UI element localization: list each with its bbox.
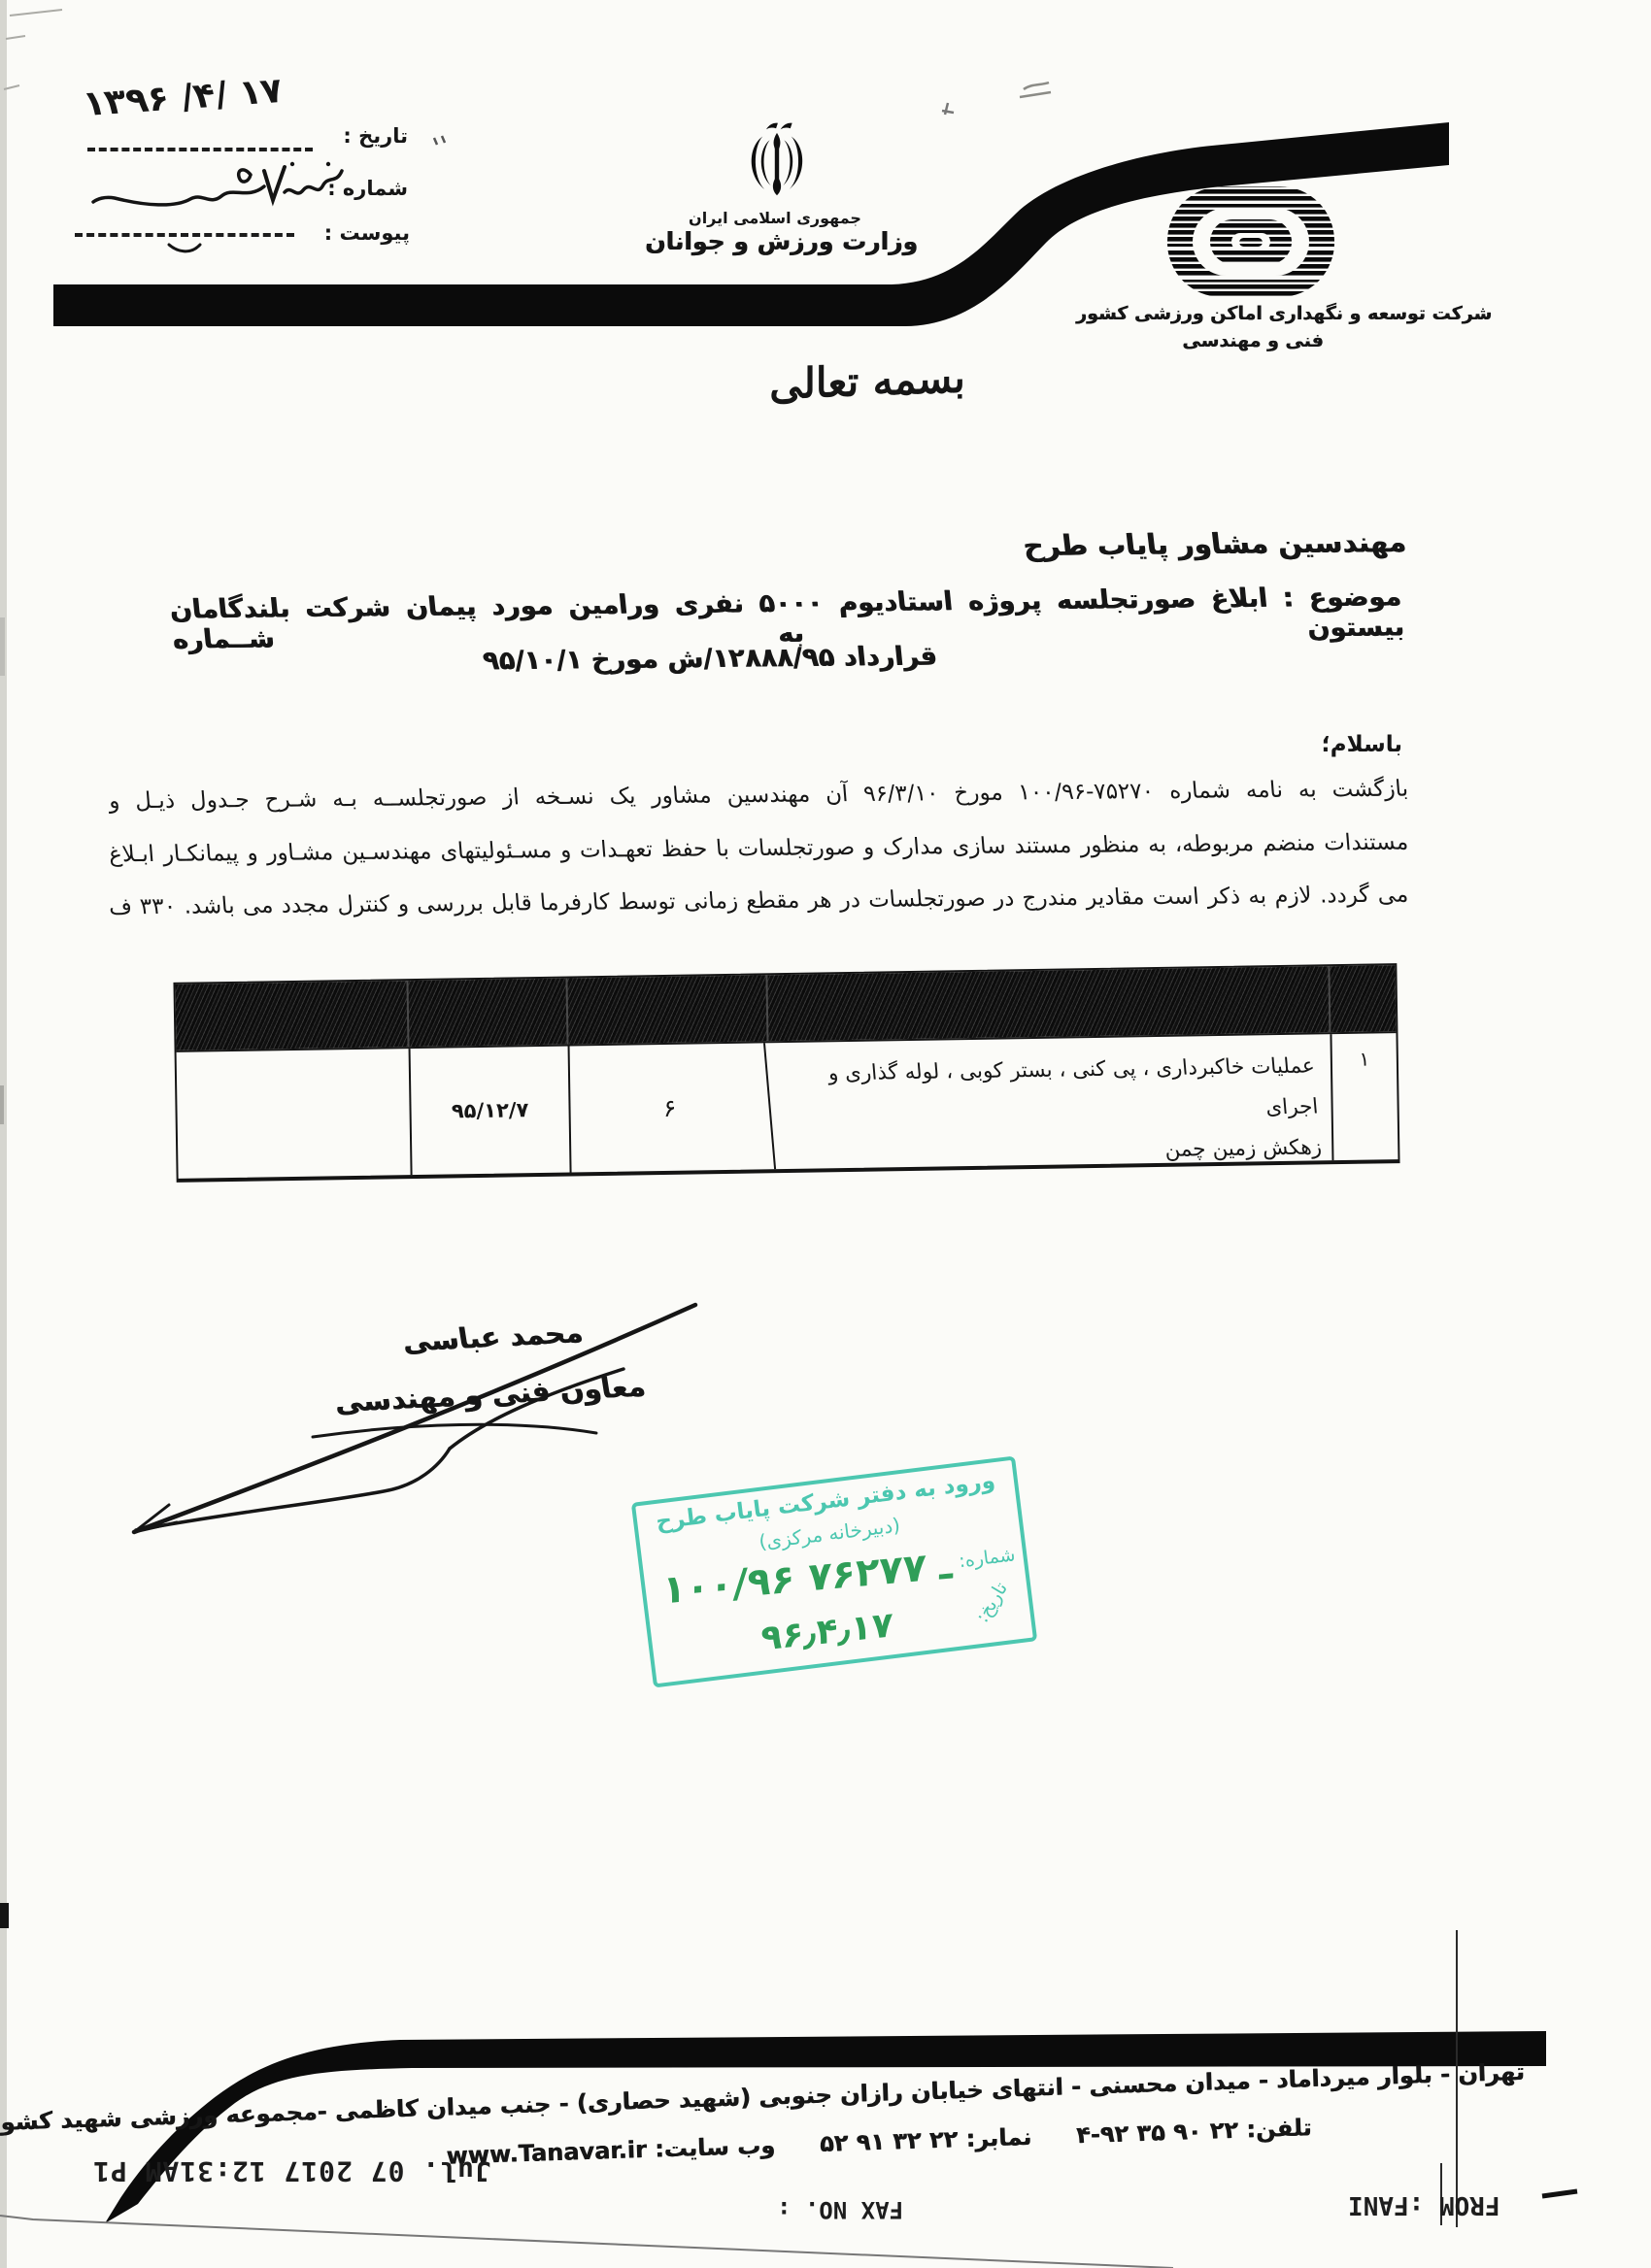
fax-header-dash — [1542, 2191, 1577, 2196]
row-date-cell: ۹۵/۱۲/۷ — [409, 1047, 570, 1176]
emblem-country-text: جمهوری اسلامی ایران — [678, 209, 872, 227]
handwritten-number-scrawl — [93, 162, 342, 205]
row-description-line1: عملیات خاکبرداری ، پی کنی ، بستر کوبی ، … — [827, 1053, 1320, 1119]
minutes-table: ۱ عملیات خاکبرداری ، پی کنی ، بستر کوبی … — [173, 963, 1399, 1183]
paper-bottom-edge — [0, 2216, 1173, 2268]
row-empty-cell — [177, 1049, 411, 1179]
faint-mark-scribble-1 — [942, 103, 954, 115]
attachment-scrawl — [169, 245, 200, 251]
faint-mark-comma — [434, 136, 445, 145]
attachment-label: پیوست : — [297, 221, 410, 245]
recipient-line: مهندسین مشاور پایاب طرح — [1021, 525, 1407, 562]
row-description-line2: زهکش زمین چمن — [1163, 1135, 1323, 1162]
fax-from-label: FROM :FANI — [1348, 2190, 1500, 2219]
web-label: وب سایت: — [655, 2132, 776, 2163]
stamp-date-label: تاریخ: — [971, 1579, 1012, 1626]
fax-number-label: FAX NO. : — [777, 2196, 903, 2223]
fax-value: ۵۲ ۹۱ ۳۲ ۲۲ — [820, 2125, 959, 2157]
scan-edge-tick-1 — [0, 617, 5, 676]
number-label: شماره : — [320, 177, 408, 200]
fax-timestamp: Jul. 07 2017 12:31AM P1 — [92, 2155, 491, 2187]
company-division-text: فنی و مهندسی — [1076, 330, 1430, 351]
date-label: تاریخ : — [320, 124, 408, 148]
company-logo-icon — [1163, 183, 1338, 301]
row-count-cell: ۶ — [568, 1043, 770, 1172]
ministry-title: وزارت ورزش و جوانان — [645, 227, 905, 255]
attachment-dashes — [75, 233, 294, 237]
phone-value: ۴-۹۲ ۳۵ ۹۰ ۲۲ — [1076, 2117, 1239, 2150]
scanned-letter-page: ۱۳۹۶ /۴/ ۱۷ تاریخ : شماره : پیوست : جمهو… — [0, 0, 1651, 2268]
fax-label: نمابر: — [965, 2123, 1032, 2152]
bismillah-calligraphy: بسمه تعالی — [760, 353, 968, 408]
scan-edge-tick-3 — [0, 1903, 9, 1928]
scan-edge-tick-2 — [0, 1085, 4, 1124]
faint-mark-scribble-2 — [1020, 83, 1051, 97]
company-name-text: شرکت توسعه و نگهداری اماکن ورزشی کشور — [1076, 303, 1430, 324]
row-description-cell: عملیات خاکبرداری ، پی کنی ، بستر کوبی ، … — [763, 1034, 1336, 1169]
phone-label: تلفن: — [1246, 2114, 1312, 2143]
date-dashes — [87, 148, 313, 151]
subject-line-2: قرارداد ۱۲۸۸۸/۹۵/ش مورخ ۹۵/۱۰/۱ — [482, 642, 939, 677]
row-number-cell: ۱ — [1330, 1033, 1398, 1160]
table-row: ۱ عملیات خاکبرداری ، پی کنی ، بستر کوبی … — [177, 1033, 1398, 1179]
iran-emblem-icon — [732, 120, 822, 210]
corner-page-lines — [4, 10, 62, 89]
salutation: باسلام؛ — [1322, 732, 1402, 757]
stamp-date-handwritten: ۹۶٫۴٫۱۷ — [711, 1600, 943, 1664]
